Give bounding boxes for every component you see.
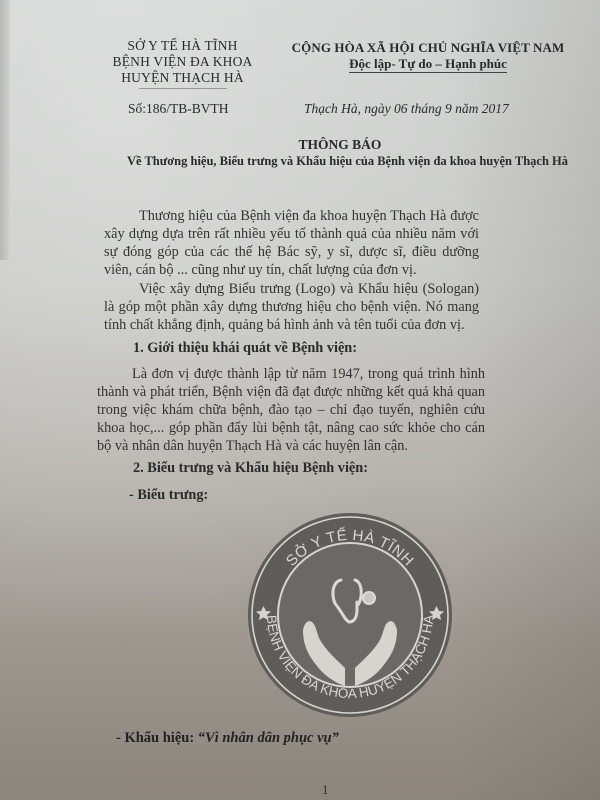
section-heading-logo-slogan: 2. Biểu trưng và Khẩu hiệu Bệnh viện: [133,460,368,477]
slogan: - Khẩu hiệu: “Vì nhân dân phục vụ” [116,730,339,747]
national-header: CỘNG HÒA XÃ HỘI CHỦ NGHĨA VIỆT NAM Độc l… [278,40,578,73]
issuer-underline [139,88,227,89]
national-motto: Độc lập- Tự do – Hạnh phúc [349,56,507,73]
document-title: THÔNG BÁO [80,137,600,153]
issuer-department: SỞ Y TẾ HÀ TĨNH [95,38,270,54]
logo-label: - Biểu trưng: [129,487,208,504]
paragraph-history: Là đơn vị được thành lập từ năm 1947, tr… [97,365,485,455]
paragraph-logo-slogan: Việc xây dựng Biểu trưng (Logo) và Khẩu … [104,280,479,334]
slogan-label: - Khẩu hiệu: [116,730,198,746]
document-number: Số:186/TB-BVTH [128,101,229,117]
section-heading-introduction: 1. Giới thiệu khái quát về Bệnh viện: [133,340,357,357]
national-title: CỘNG HÒA XÃ HỘI CHỦ NGHĨA VIỆT NAM [278,40,578,56]
page-left-edge [0,0,10,260]
slogan-text: “Vì nhân dân phục vụ” [198,730,339,746]
issuer-district: HUYỆN THẠCH HÀ [95,70,270,86]
document-subtitle: Về Thương hiệu, Biểu trưng và Khẩu hiệu … [110,153,585,169]
paragraph-brand: Thương hiệu của Bệnh viện đa khoa huyện … [104,207,479,279]
page-number: 1 [322,782,329,798]
hospital-logo: SỞ Y TẾ HÀ TĨNH BỆNH VIỆN ĐA KHOA HUYỆN … [245,510,455,720]
issuer-hospital: BỆNH VIỆN ĐA KHOA [95,54,270,70]
issuer-header: SỞ Y TẾ HÀ TĨNH BỆNH VIỆN ĐA KHOA HUYỆN … [95,38,270,89]
date-line: Thạch Hà, ngày 06 tháng 9 năm 2017 [304,101,509,117]
